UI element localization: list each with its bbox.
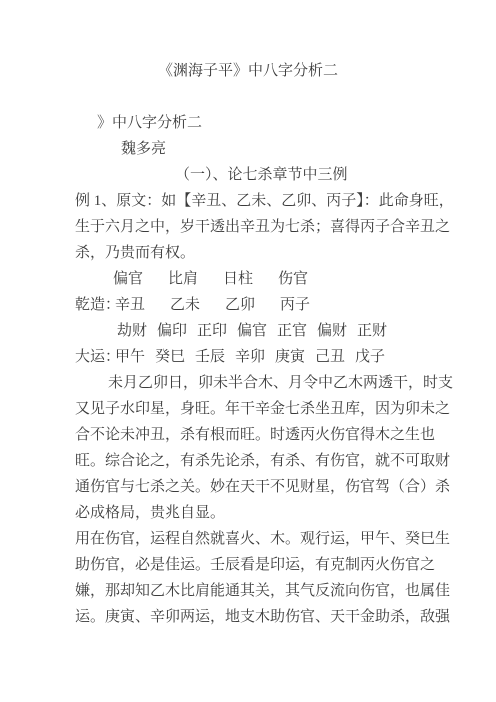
dayun-ten-god-cell: 劫财	[117, 318, 157, 344]
ten-god-pillar-cell: 比肩	[168, 266, 223, 292]
analysis-paragraph1-line: 未月乙卯日，卯未半合木、月令中乙木两透干，时支	[0, 370, 496, 396]
dayun-ten-god-cell: 正印	[197, 318, 237, 344]
bazi-dayun-ten-gods-row: 劫财 偏印 正印 偏官 正官 偏财 正财	[0, 318, 496, 344]
bazi-dayun-row: 大运： 甲午 癸巳 壬辰 辛卯 庚寅 己丑 戊子	[0, 344, 496, 370]
dayun-pillar-cell: 戊子	[355, 344, 395, 370]
analysis-paragraph1-line: 合不论未冲丑，杀有根而旺。时透丙火伤官得木之生也	[0, 422, 496, 448]
document-page: 《渊海子平》中八字分析二 》中八字分析二 魏多亮 （一）、论七杀章节中三例 例 …	[0, 0, 496, 702]
example1-original-line: 生于六月之中，岁干透出辛丑为七杀；喜得丙子合辛丑之	[0, 214, 496, 240]
analysis-paragraph2-line: 助伤官，必是佳运。壬辰看是印运，有克制丙火伤官之	[0, 552, 496, 578]
analysis-paragraph1-line: 又见子水印星，身旺。年干辛金七杀坐丑库，因为卯未之	[0, 396, 496, 422]
dayun-ten-god-cell: 偏官	[237, 318, 277, 344]
dayun-ten-god-cell: 偏印	[157, 318, 197, 344]
four-pillar-cell: 乙卯	[225, 292, 280, 318]
dayun-label: 大运：	[75, 344, 115, 370]
ten-god-pillar-cell: 日柱	[223, 266, 278, 292]
series-title: 》中八字分析二	[0, 110, 496, 136]
analysis-paragraph1-line: 通伤官与七杀之关。妙在天干不见财星，伤官驾（合）杀	[0, 474, 496, 500]
four-pillar-cell: 辛丑	[115, 292, 170, 318]
ten-god-pillar-cell: 偏官	[113, 266, 168, 292]
analysis-paragraph2-line: 嫌，那却知乙木比肩能通其关，其气反流向伤官，也属佳	[0, 578, 496, 604]
analysis-paragraph2-line: 用在伤官，运程自然就喜火、木。观行运，甲午、癸巳生	[0, 526, 496, 552]
example1-original-line: 杀，乃贵而有权。	[0, 240, 496, 266]
analysis-paragraph1-line: 旺。综合论之，有杀先论杀，有杀、有伤官，就不可取财	[0, 448, 496, 474]
example1-original-line: 例 1、原文：如【辛丑、乙未、乙卯、丙子】：此命身旺，	[0, 188, 496, 214]
dayun-pillar-cell: 己丑	[315, 344, 355, 370]
section-heading: （一）、论七杀章节中三例	[0, 162, 496, 188]
four-pillar-cell: 丙子	[280, 292, 335, 318]
four-pillar-cell: 乙未	[170, 292, 225, 318]
dayun-pillar-cell: 壬辰	[195, 344, 235, 370]
dayun-pillar-cell: 辛卯	[235, 344, 275, 370]
bazi-qianzao-row: 乾造： 辛丑 乙未 乙卯 丙子	[0, 292, 496, 318]
document-title: 《渊海子平》中八字分析二	[0, 58, 496, 84]
dayun-ten-god-cell: 正官	[277, 318, 317, 344]
blank-line	[0, 84, 496, 110]
document-body: 《渊海子平》中八字分析二 》中八字分析二 魏多亮 （一）、论七杀章节中三例 例 …	[0, 0, 496, 630]
dayun-ten-god-cell: 正财	[357, 318, 397, 344]
dayun-pillar-cell: 癸巳	[155, 344, 195, 370]
analysis-paragraph1-line: 必成格局，贵兆自显。	[0, 500, 496, 526]
analysis-paragraph2-line: 运。庚寅、辛卯两运，地支木助伤官、天干金助杀，敌强	[0, 604, 496, 630]
dayun-pillar-cell: 甲午	[115, 344, 155, 370]
dayun-ten-god-cell: 偏财	[317, 318, 357, 344]
bazi-ten-gods-row: 偏官 比肩 日柱 伤官	[0, 266, 496, 292]
qianzao-label: 乾造：	[75, 292, 115, 318]
author-name: 魏多亮	[0, 136, 496, 162]
ten-god-pillar-cell: 伤官	[278, 266, 333, 292]
dayun-pillar-cell: 庚寅	[275, 344, 315, 370]
